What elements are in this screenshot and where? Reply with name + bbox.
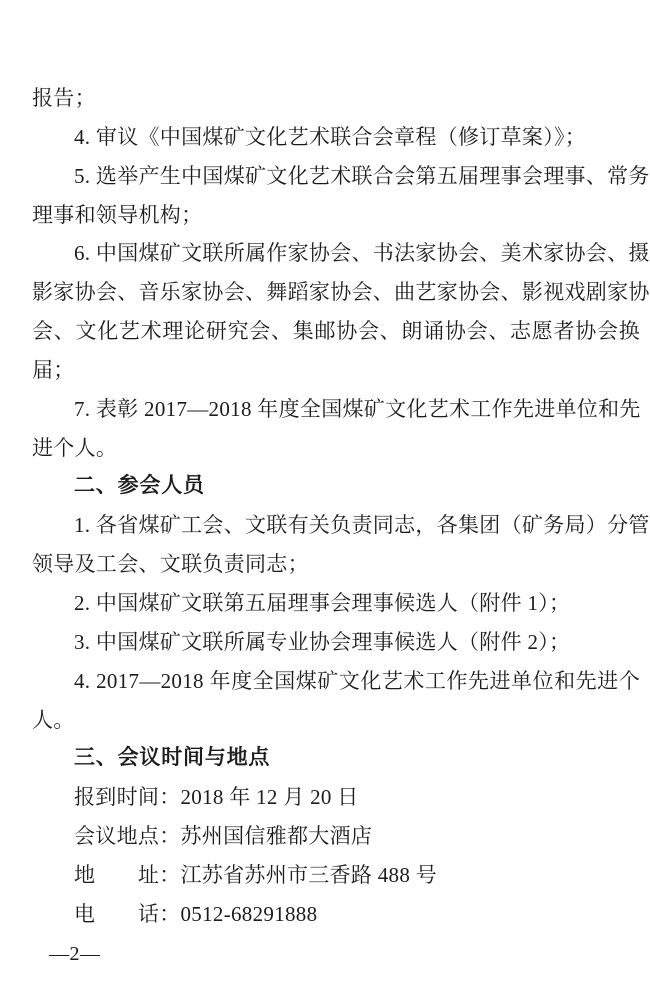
text-line: 会议地点：苏州国信雅都大酒店 — [32, 817, 640, 856]
text-line: 5. 选举产生中国煤矿文化艺术联合会第五届理事会理事、常务 — [32, 157, 640, 196]
document-page: 报告；4. 审议《中国煤矿文化艺术联合会章程（修订草案）》；5. 选举产生中国煤… — [0, 0, 650, 994]
text-line: 6. 中国煤矿文联所属作家协会、书法家协会、美术家协会、摄 — [32, 234, 640, 273]
text-line: 影家协会、音乐家协会、舞蹈家协会、曲艺家协会、影视戏剧家协 — [32, 273, 640, 312]
text-line: 电 话：0512-68291888 — [32, 895, 640, 934]
text-line: 会、文化艺术理论研究会、集邮协会、朗诵协会、志愿者协会换 — [32, 312, 640, 351]
text-line: 理事和领导机构； — [32, 196, 640, 235]
text-line: 4. 2017—2018 年度全国煤矿文化艺术工作先进单位和先进个 — [32, 662, 640, 701]
text-line: 人。 — [32, 701, 640, 740]
text-line: 1. 各省煤矿工会、文联有关负责同志，各集团（矿务局）分管 — [32, 506, 640, 545]
document-body: 报告；4. 审议《中国煤矿文化艺术联合会章程（修订草案）》；5. 选举产生中国煤… — [32, 79, 640, 934]
text-line: 报到时间：2018 年 12 月 20 日 — [32, 778, 640, 817]
section-heading: 二、参会人员 — [32, 467, 640, 506]
text-line: 报告； — [32, 79, 640, 118]
section-heading: 三、会议时间与地点 — [32, 739, 640, 778]
text-line: 届； — [32, 351, 640, 390]
text-line: 领导及工会、文联负责同志； — [32, 545, 640, 584]
text-line: 7. 表彰 2017—2018 年度全国煤矿文化艺术工作先进单位和先 — [32, 390, 640, 429]
text-line: 4. 审议《中国煤矿文化艺术联合会章程（修订草案）》； — [32, 118, 640, 157]
page-number: —2— — [49, 941, 101, 967]
text-line: 2. 中国煤矿文联第五届理事会理事候选人（附件 1）； — [32, 584, 640, 623]
text-line: 地 址：江苏省苏州市三香路 488 号 — [32, 856, 640, 895]
text-line: 进个人。 — [32, 429, 640, 468]
text-line: 3. 中国煤矿文联所属专业协会理事候选人（附件 2）； — [32, 623, 640, 662]
